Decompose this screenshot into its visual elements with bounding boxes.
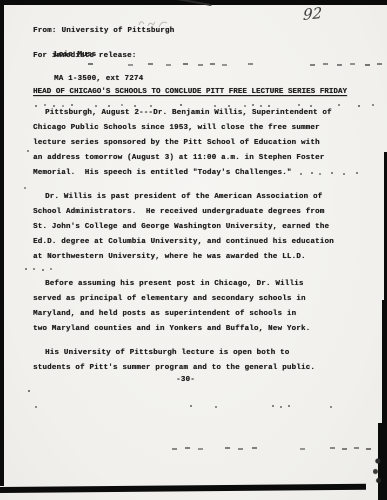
paragraph-line: St. John's College and George Washington… (33, 220, 334, 235)
scanned-press-release: 92 From:University of Pittsburgh Lois Mu… (0, 0, 387, 500)
from-phone: MA 1-3500, ext 7274 (54, 75, 174, 83)
from-organization: University of Pittsburgh (62, 27, 175, 35)
paragraph-1: Pittsburgh, August 2---Dr. Benjamin Will… (33, 106, 332, 181)
paragraph-line: Pittsburgh, August 2---Dr. Benjamin Will… (33, 106, 332, 121)
paragraph-line: Memorial. His speech is entitled "Today'… (33, 166, 332, 181)
photocopy-noise (0, 0, 5, 2)
end-mark: -30- (33, 376, 338, 384)
paragraph-line: at Northwestern University, where he was… (33, 250, 334, 265)
handwritten-page-number: 92 (303, 4, 323, 24)
paragraph-line: an address tomorrow (August 3) at 11:00 … (33, 151, 332, 166)
paragraph-line: two Maryland counties and in Yonkers and… (33, 322, 310, 337)
paragraph-line: Before assuming his present post in Chic… (33, 277, 310, 292)
from-label: From: (33, 27, 57, 35)
paragraph-line: Chicago Public Schools since 1953, will … (33, 121, 332, 136)
scan-border-left (0, 0, 4, 486)
paragraph-2: Dr. Willis is past president of the Amer… (33, 190, 334, 265)
paragraph-line: Maryland, and held posts as superintende… (33, 307, 310, 322)
paragraph-line: served as principal of elementary and se… (33, 292, 310, 307)
from-line: From:University of Pittsburgh (33, 27, 174, 35)
paragraph-3: Before assuming his present post in Chic… (33, 277, 310, 337)
scan-smudge (373, 455, 381, 485)
paragraph-4: His University of Pittsburgh lecture is … (33, 346, 315, 376)
paragraph-line: lecture series sponsored by the Pitt Sch… (33, 136, 332, 151)
release-line: For immediate release: (33, 52, 136, 60)
paragraph-line: students of Pitt's summer program and to… (33, 361, 315, 376)
headline: HEAD OF CHICAGO'S SCHOOLS TO CONCLUDE PI… (33, 88, 347, 96)
paragraph-line: Ed.D. degree at Columbia University, and… (33, 235, 334, 250)
paragraph-line: Dr. Willis is past president of the Amer… (33, 190, 334, 205)
paragraph-line: His University of Pittsburgh lecture is … (33, 346, 315, 361)
scan-border-bottom (0, 484, 366, 493)
scan-border-right (382, 300, 387, 425)
paragraph-line: School Administrators. He received under… (33, 205, 334, 220)
